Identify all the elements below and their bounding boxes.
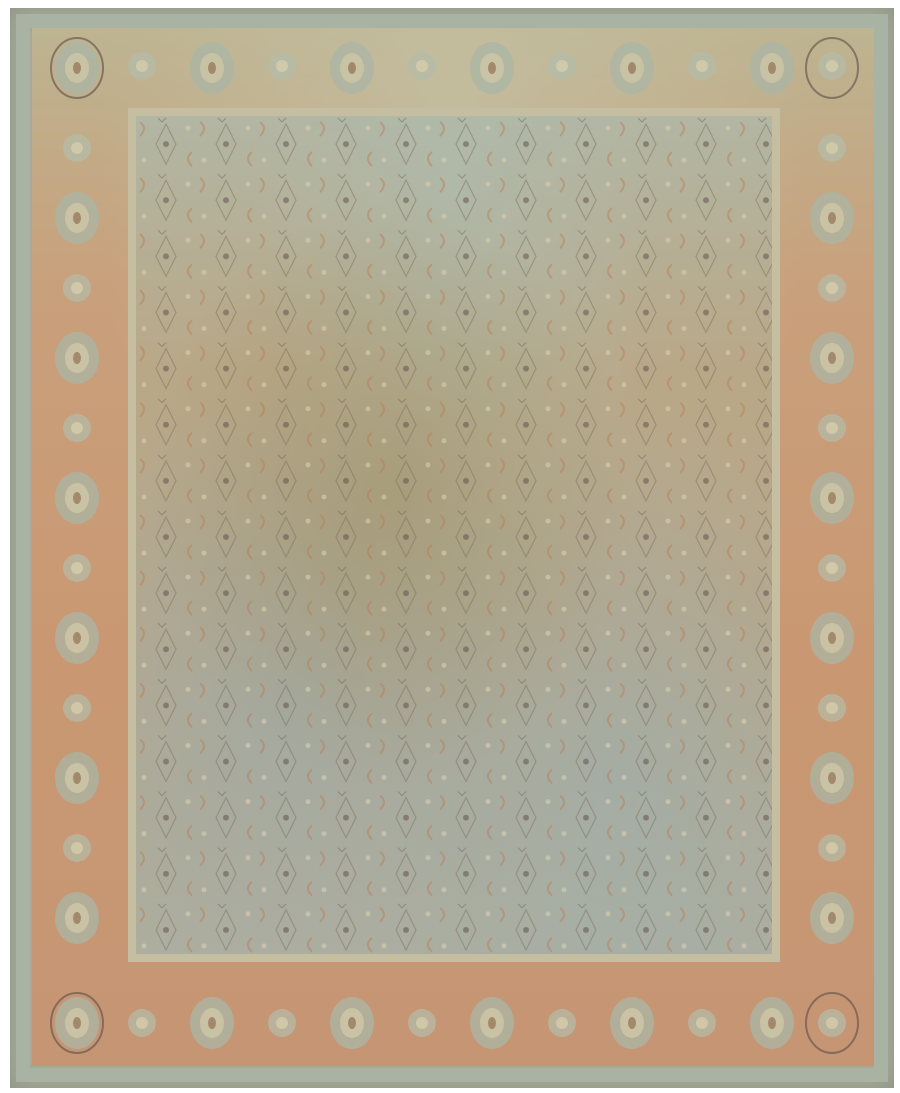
rug [10, 8, 894, 1088]
rug-field [136, 116, 772, 954]
herati-pattern [136, 116, 772, 954]
inner-guard-border [128, 108, 780, 962]
main-border [32, 28, 874, 1066]
